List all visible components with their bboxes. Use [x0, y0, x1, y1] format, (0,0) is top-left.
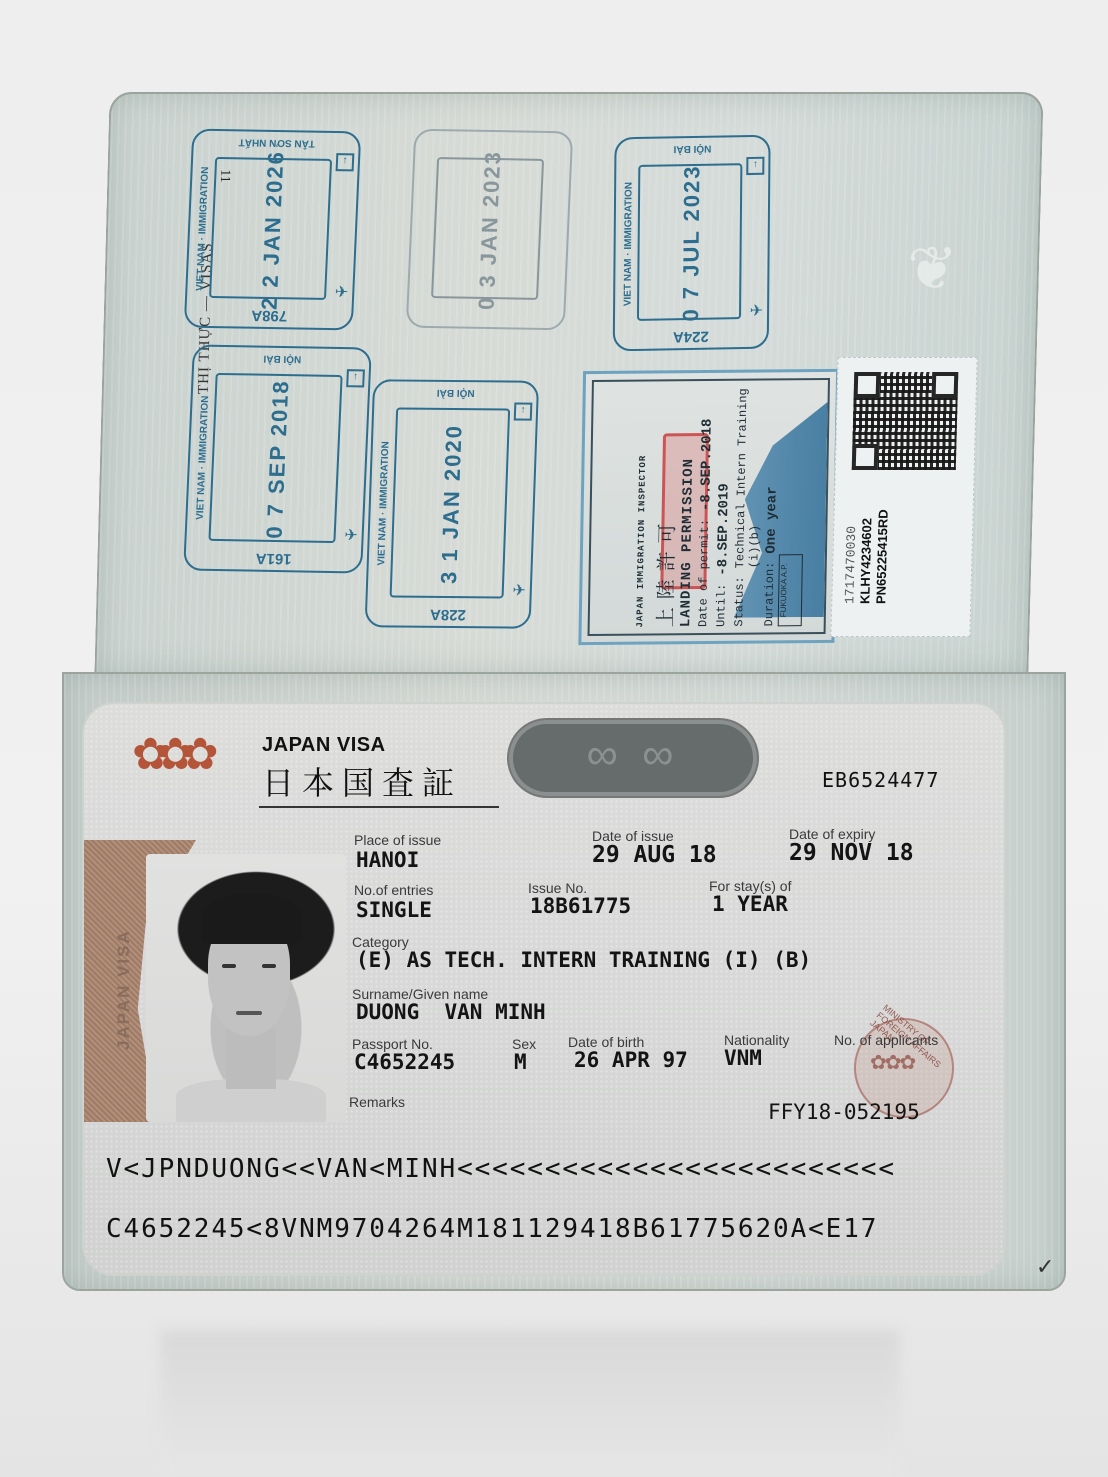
- qr-code: [852, 372, 959, 470]
- airplane-icon: ✈: [344, 525, 358, 545]
- exit-arrow-icon: ↑: [514, 403, 533, 421]
- qr-sticker: 1717470030 KLHY4234602 PN65225415RD: [830, 357, 977, 637]
- entry-stamp: NỘI BÀI VIET NAM · IMMIGRATION 0 7 JUL 2…: [613, 135, 771, 352]
- date-of-expiry: 29 NOV 18: [789, 840, 914, 866]
- remarks-code: FFY18-052195: [768, 1100, 920, 1124]
- mrz-line-2: C4652245<8VNM9704264M181129418B61775620A…: [106, 1214, 878, 1244]
- exit-arrow-icon: ↑: [346, 369, 365, 387]
- date-of-issue: 29 AUG 18: [592, 842, 717, 868]
- stay-duration: 1 YEAR: [712, 892, 788, 916]
- stamp-date: 0 7 JUL 2023: [678, 164, 705, 321]
- landing-permission-sticker: JAPAN IMMIGRATION INSPECTOR 上陸許可 LANDING…: [578, 369, 839, 645]
- sakura-icon: ✿✿✿: [132, 729, 207, 780]
- table-shadow: [160, 1330, 900, 1477]
- visa-title-kanji: 日本国査証: [262, 758, 462, 804]
- airplane-icon: ✈: [512, 581, 526, 601]
- entry-stamp: TÂN SƠN NHẤT VIET NAM · IMMIGRATION 2 2 …: [184, 129, 362, 331]
- place-of-issue: HANOI: [356, 848, 419, 872]
- visa-title: JAPAN VISA: [262, 734, 386, 757]
- visa-category: (E) AS TECH. INTERN TRAINING (I) (B): [356, 948, 811, 972]
- passport-page-visa: ✓ ✿✿✿ JAPAN VISA 日本国査証 EB6524477 JAPAN V…: [62, 672, 1066, 1291]
- airplane-icon: ✈: [750, 301, 764, 321]
- date-of-birth: 26 APR 97: [574, 1048, 688, 1072]
- mrz-line-1: V<JPNDUONG<<VAN<MINH<<<<<<<<<<<<<<<<<<<<…: [106, 1154, 896, 1184]
- entry-stamp: NỘI BÀI VIET NAM · IMMIGRATION 3 1 JAN 2…: [365, 379, 540, 628]
- airplane-icon: ✈: [334, 282, 348, 302]
- number-of-entries: SINGLE: [356, 898, 432, 922]
- nationality: VNM: [724, 1046, 762, 1070]
- issue-number: 18B61775: [530, 894, 631, 918]
- entry-stamp-faded: 0 3 JAN 2023: [406, 129, 574, 331]
- passport-emblem-icon: ❦: [906, 234, 968, 324]
- holder-name: DUONG VAN MINH: [356, 1000, 546, 1024]
- japan-visa-sticker: ✿✿✿ JAPAN VISA 日本国査証 EB6524477 JAPAN VIS…: [84, 704, 1004, 1274]
- passport-booklet: 11 THỊ THỰC — VISAS TÂN SƠN NHẤT VIET NA…: [62, 92, 1062, 1292]
- visa-number: EB6524477: [822, 768, 939, 792]
- sex: M: [514, 1050, 527, 1074]
- security-ornament: [509, 720, 757, 796]
- holder-photo: [146, 854, 346, 1122]
- stamp-date: 3 1 JAN 2020: [436, 424, 468, 584]
- check-mark-icon: ✓: [1036, 1254, 1054, 1280]
- passport-page-stamps: 11 THỊ THỰC — VISAS TÂN SƠN NHẤT VIET NA…: [94, 92, 1043, 674]
- exit-arrow-icon: ↑: [336, 153, 355, 171]
- exit-arrow-icon: ↑: [746, 157, 764, 175]
- entry-stamp: NỘI BÀI VIET NAM · IMMIGRATION 0 7 SEP 2…: [183, 344, 372, 573]
- passport-number: C4652245: [354, 1050, 455, 1074]
